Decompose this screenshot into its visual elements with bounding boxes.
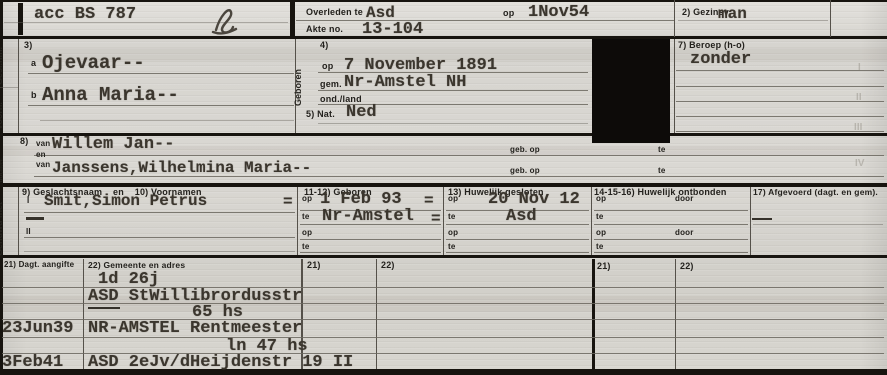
nat-label: 5) Nat. xyxy=(306,110,335,119)
op-label: op xyxy=(596,195,606,203)
sub-b-label: b xyxy=(31,91,37,100)
gehuwd-met-label: Gehuwd met xyxy=(0,202,4,256)
column-divider xyxy=(750,187,751,255)
op-label: op xyxy=(596,229,606,237)
te-label: te xyxy=(658,146,666,154)
relation-label: dochter xyxy=(0,159,5,183)
dagt-aangifte-header: 21) Dagt. aangifte xyxy=(4,261,74,269)
op-label: op xyxy=(448,229,458,237)
column-divider xyxy=(18,39,19,133)
ruled-line xyxy=(296,20,674,21)
death-date-value: 1Nov54 xyxy=(528,4,589,21)
registration-date: 23Jun39 xyxy=(2,320,73,337)
ruled-line xyxy=(28,105,294,106)
registration-note: 1d 26j xyxy=(98,271,159,288)
column-divider xyxy=(591,187,592,255)
marriage-date-value: 20 Nov 12 xyxy=(488,191,580,208)
ruled-line xyxy=(34,176,884,177)
handwritten-mark-icon xyxy=(206,4,248,36)
geb-op-label: geb. op xyxy=(510,167,540,175)
op-label: op xyxy=(448,195,458,203)
ruled-line xyxy=(24,251,295,252)
sub-a-label: a xyxy=(31,59,36,68)
ruled-line xyxy=(676,116,884,117)
ruled-line xyxy=(676,86,884,87)
row-divider xyxy=(0,255,887,258)
ruled-line xyxy=(300,252,441,253)
te-label: te xyxy=(302,213,310,221)
marriage-place-value: Asd xyxy=(506,208,537,225)
te-label: te xyxy=(596,213,604,221)
entry-dash xyxy=(26,217,44,220)
birth-place-value: Nr-Amstel NH xyxy=(344,74,466,91)
ruled-line xyxy=(594,210,748,211)
registration-address: ASD 2eJv/dHeijdenstr 19 II xyxy=(88,354,353,371)
gem-label: gem. xyxy=(320,80,342,89)
col22-header: 22) xyxy=(680,262,694,271)
registration-date: 3Feb41 xyxy=(2,354,63,371)
numeral-ii-label: II xyxy=(26,228,31,236)
bleedthrough-numeral: III xyxy=(854,122,862,133)
ruled-line xyxy=(594,224,748,225)
ruled-line xyxy=(676,131,884,132)
op-label: op xyxy=(302,195,312,203)
archive-card: acc BS 787 Overleden te Asd op 1Nov54 Ak… xyxy=(0,0,887,375)
registration-address: NR-AMSTEL Rentmeester xyxy=(88,320,302,337)
entry-dash xyxy=(752,218,772,220)
ruled-line xyxy=(676,70,884,71)
akte-no-label: Akte no. xyxy=(306,25,343,34)
op-label: op xyxy=(302,229,312,237)
ruled-line xyxy=(34,155,884,156)
op-label: op xyxy=(322,62,333,71)
ruled-line xyxy=(676,101,884,102)
given-names-value: Anna Maria-- xyxy=(42,86,179,105)
ruled-line xyxy=(24,237,295,238)
col21-header: 21) xyxy=(307,261,321,270)
column-divider xyxy=(674,0,675,37)
te-label: te xyxy=(658,167,666,175)
row-divider xyxy=(0,36,887,39)
overleden-te-label: Overleden te xyxy=(306,8,363,17)
overleden-place-value: Asd xyxy=(366,5,395,21)
ruled-line xyxy=(594,252,748,253)
col22-header: 22) xyxy=(381,261,395,270)
marriage-ontbonden-header: 14-15-16) Huwelijk ontbonden xyxy=(594,188,727,197)
ruled-line xyxy=(40,120,294,121)
ruled-line xyxy=(0,87,18,88)
bleedthrough-numeral: VI xyxy=(855,158,864,169)
te-label: te xyxy=(448,213,456,221)
beroep-value: zonder xyxy=(690,51,751,68)
beroep-label: 7) Beroep (h-o) xyxy=(678,41,745,50)
field-3-label: 3) xyxy=(24,41,32,50)
ruled-line xyxy=(318,123,588,124)
van-label: van xyxy=(36,140,50,148)
col21-header: 21) xyxy=(597,262,611,271)
column-divider xyxy=(18,187,19,255)
en-label: en xyxy=(36,151,46,159)
mother-name-value: Janssens,Wilhelmina Maria-- xyxy=(52,160,311,176)
geslnm-label: Gesl.nm. xyxy=(0,47,4,85)
ruled-line xyxy=(594,239,748,240)
ruled-line xyxy=(678,20,828,21)
card-border xyxy=(0,0,887,2)
op-label: op xyxy=(503,9,514,18)
voorn-label: Voorn. xyxy=(0,102,4,130)
redaction-box xyxy=(592,39,670,143)
acc-number: acc BS 787 xyxy=(34,6,136,23)
door-label: door xyxy=(675,195,694,203)
column-divider xyxy=(674,39,675,133)
ruled-line xyxy=(318,90,588,91)
bleedthrough-numeral: II xyxy=(856,92,862,103)
column-divider xyxy=(297,187,298,255)
door-label: door xyxy=(675,229,694,237)
numeral-i-label: I xyxy=(27,197,29,205)
link-mark: = xyxy=(283,194,293,210)
akte-no-value: 13-104 xyxy=(362,21,423,38)
ruled-line xyxy=(446,252,589,253)
spouse-name-value: Smit,Simon Petrus xyxy=(44,193,207,209)
ruled-line xyxy=(753,224,883,225)
ruled-line xyxy=(28,73,294,74)
gemeente-adres-header: 22) Gemeente en adres xyxy=(88,261,185,270)
ruled-line xyxy=(300,224,441,225)
nationality-value: Ned xyxy=(346,104,377,121)
te-label: te xyxy=(596,243,604,251)
te-label: te xyxy=(302,243,310,251)
ruled-line xyxy=(24,212,295,213)
margin-bar xyxy=(18,3,23,35)
spouse-birth-date-value: 1 Feb 93 xyxy=(320,191,402,208)
van-label: van xyxy=(36,161,50,169)
link-mark: = xyxy=(424,193,434,209)
ruled-line xyxy=(446,224,589,225)
column-divider xyxy=(830,0,831,37)
entry-dash xyxy=(88,307,120,309)
ruled-line xyxy=(300,239,441,240)
father-name-value: Willem Jan-- xyxy=(52,136,174,153)
column-divider xyxy=(443,187,444,255)
bleedthrough-numeral: I xyxy=(858,62,861,73)
column-divider xyxy=(290,1,295,37)
te-label: te xyxy=(448,243,456,251)
geb-op-label: geb. op xyxy=(510,146,540,154)
field-8-label: 8) xyxy=(20,137,28,146)
surname-value: Ojevaar-- xyxy=(42,54,145,73)
geboren-label: Geboren xyxy=(294,69,303,106)
ruled-line xyxy=(446,239,589,240)
spouse-birth-place-value: Nr-Amstel xyxy=(322,208,414,225)
field-4-label: 4) xyxy=(320,41,328,50)
marriage-afgevoerd-header: 17) Afgevoerd (dagt. en gem). xyxy=(753,188,878,197)
